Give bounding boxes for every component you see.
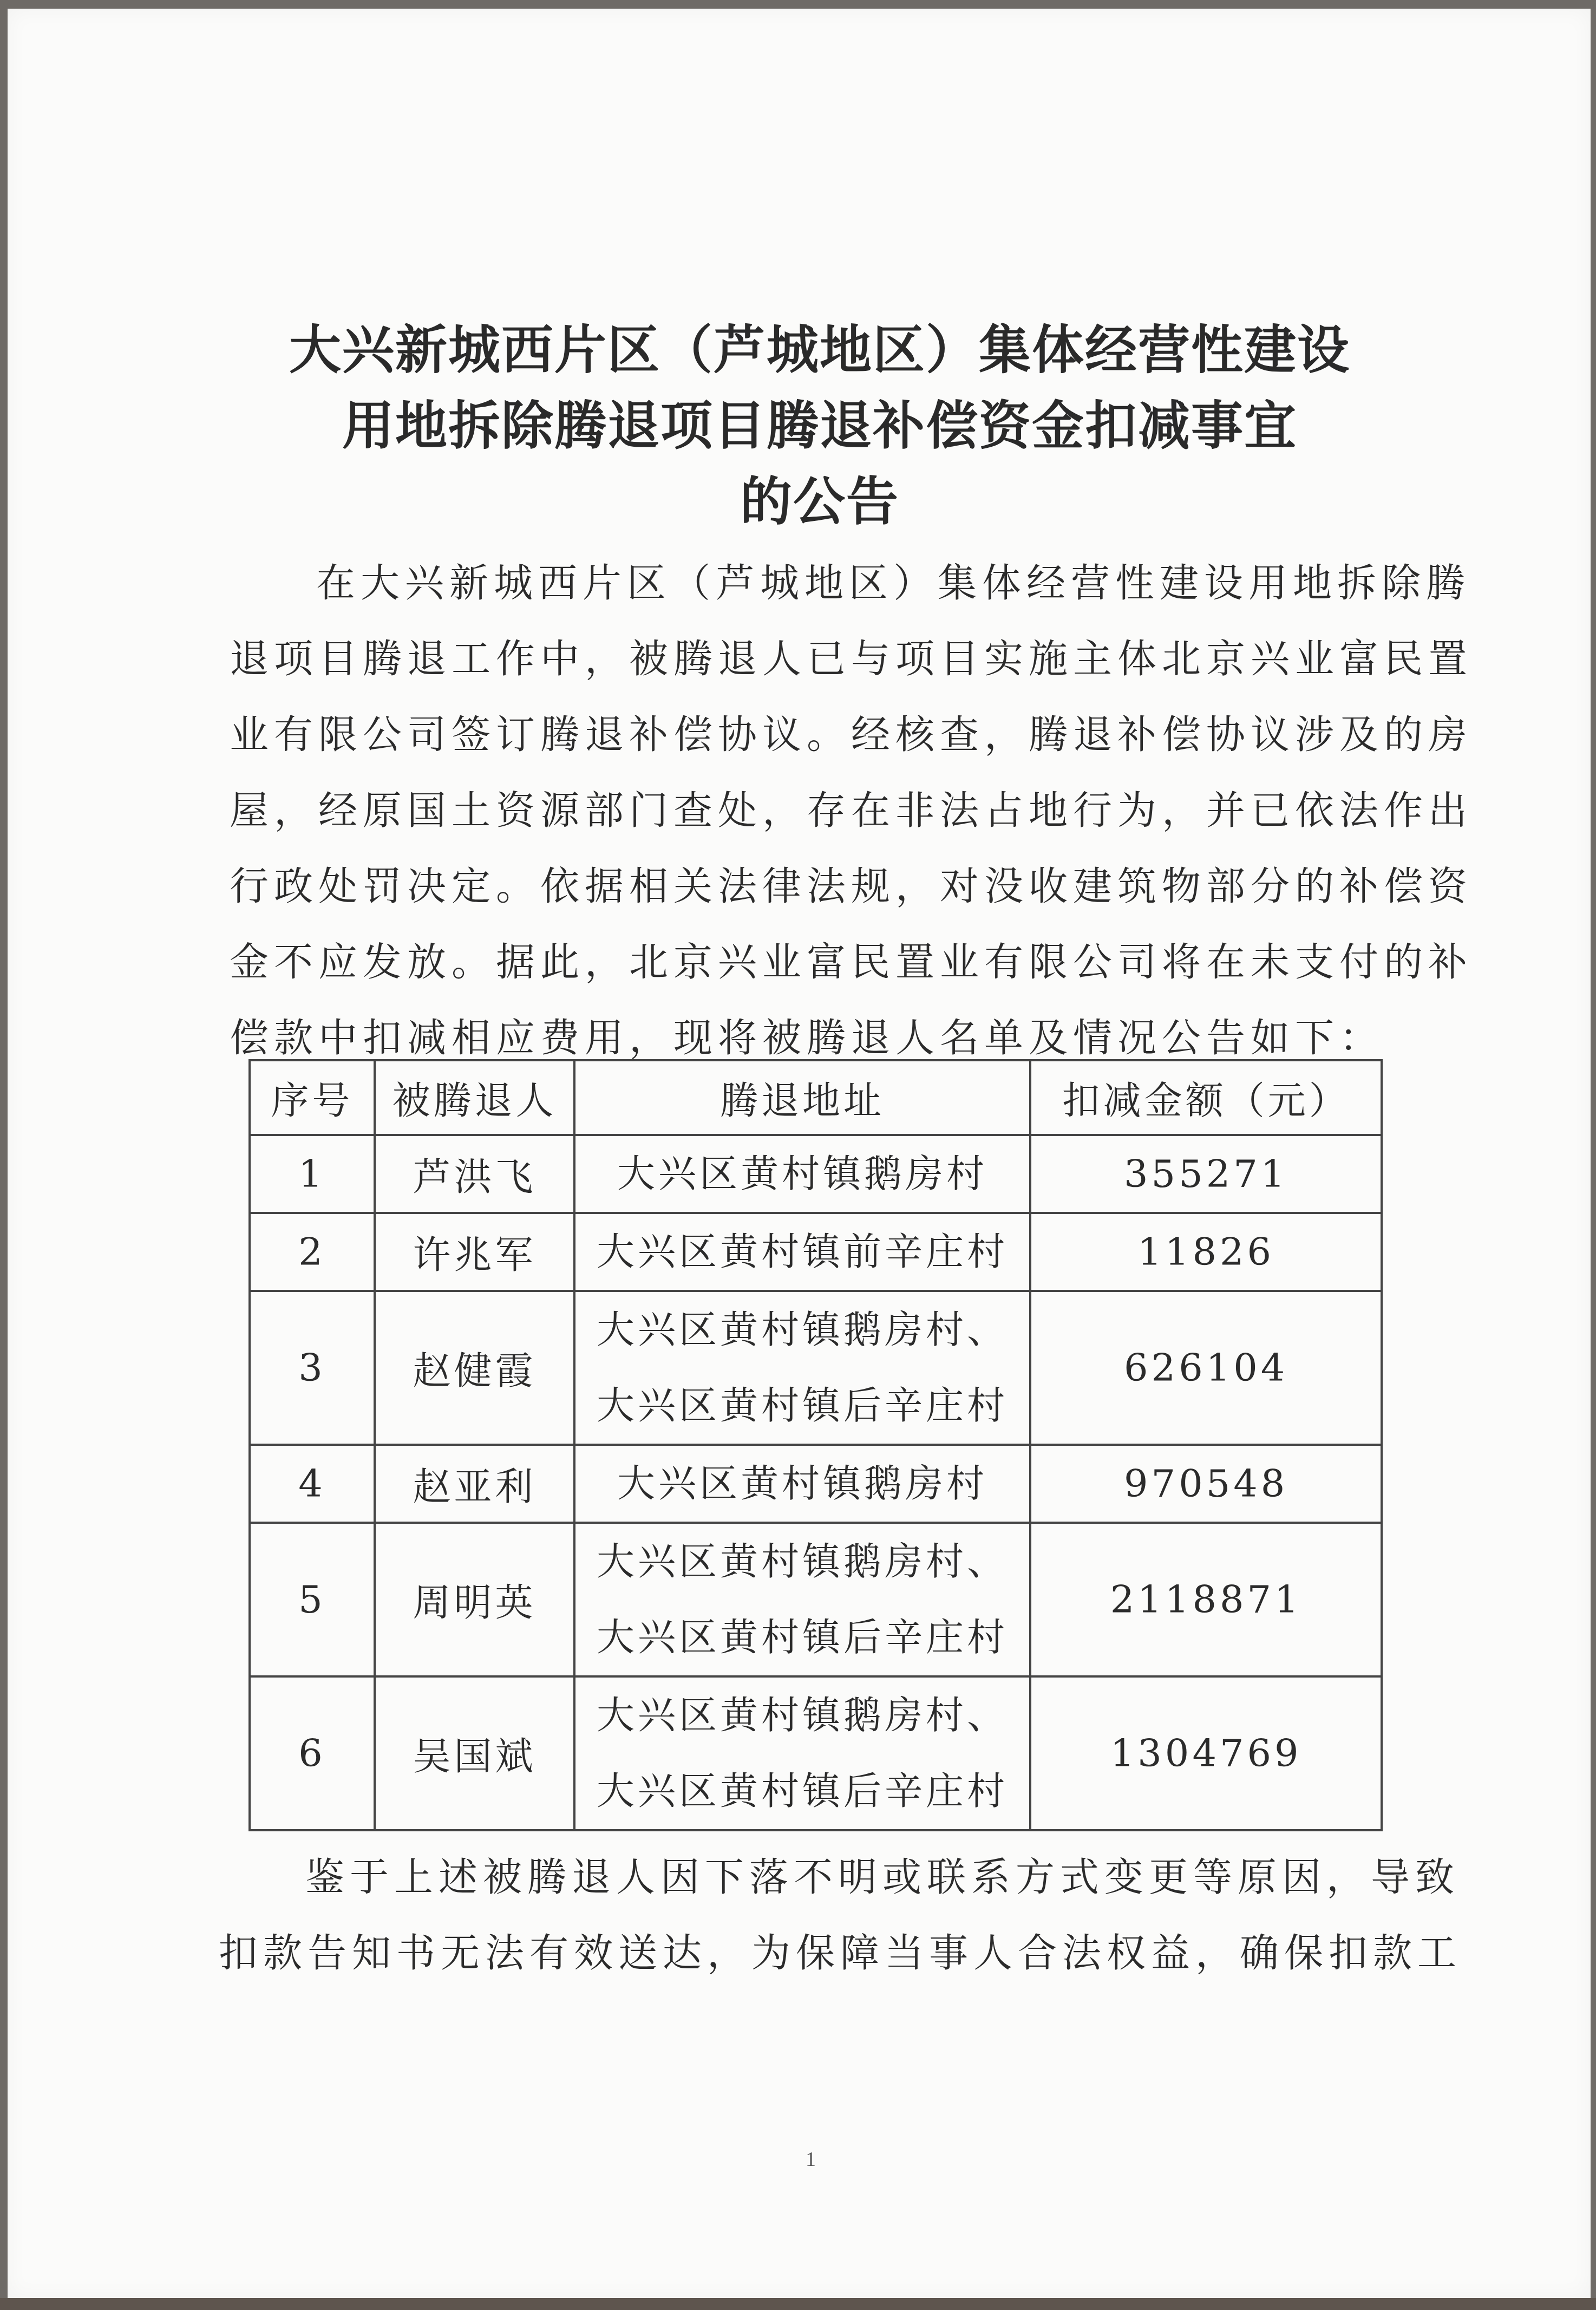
intro-line-3: 业有限公司签订腾退补偿协议。经核查，腾退补偿协议涉及的房: [230, 696, 1399, 772]
document-title: 大兴新城西片区（芦城地区）集体经营性建设 用地拆除腾退项目腾退补偿资金扣减事宜 …: [213, 312, 1426, 539]
address-line: 大兴区黄村镇鹅房村: [575, 1446, 1030, 1522]
intro-paragraph: 在大兴新城西片区（芦城地区）集体经营性建设用地拆除腾 退项目腾退工作中，被腾退人…: [230, 545, 1399, 1075]
cell-amount: 11826: [1030, 1213, 1382, 1291]
cell-address: 大兴区黄村镇鹅房村: [574, 1445, 1031, 1523]
cell-amount: 2118871: [1030, 1523, 1382, 1676]
document-page: 大兴新城西片区（芦城地区）集体经营性建设 用地拆除腾退项目腾退补偿资金扣减事宜 …: [8, 9, 1591, 2298]
intro-line-1: 在大兴新城西片区（芦城地区）集体经营性建设用地拆除腾: [230, 545, 1399, 621]
cell-name: 吴国斌: [375, 1676, 574, 1830]
cell-no: 4: [250, 1445, 375, 1523]
address-line: 大兴区黄村镇后辛庄村: [575, 1600, 1030, 1675]
address-line: 大兴区黄村镇前辛庄村: [575, 1214, 1030, 1290]
address-line: 大兴区黄村镇鹅房村: [575, 1136, 1030, 1212]
cell-address: 大兴区黄村镇鹅房村、 大兴区黄村镇后辛庄村: [574, 1523, 1031, 1676]
cell-name: 许兆军: [375, 1213, 574, 1291]
page-number: 1: [806, 2148, 816, 2171]
deduction-table: 序号 被腾退人 腾退地址 扣减金额（元） 1 芦洪飞 大兴区黄村镇鹅房村 355…: [248, 1059, 1383, 1831]
address-line: 大兴区黄村镇后辛庄村: [575, 1368, 1030, 1444]
cell-address: 大兴区黄村镇鹅房村、 大兴区黄村镇后辛庄村: [574, 1291, 1031, 1445]
closing-paragraph: 鉴于上述被腾退人因下落不明或联系方式变更等原因，导致 扣款告知书无法有效送达，为…: [219, 1839, 1410, 1991]
cell-address: 大兴区黄村镇前辛庄村: [574, 1213, 1031, 1291]
cell-name: 赵亚利: [375, 1445, 574, 1523]
header-amount: 扣减金额（元）: [1030, 1060, 1382, 1135]
title-line-3: 的公告: [213, 464, 1426, 539]
intro-line-6: 金不应发放。据此，北京兴业富民置业有限公司将在未支付的补: [230, 924, 1399, 1000]
table-row: 2 许兆军 大兴区黄村镇前辛庄村 11826: [250, 1213, 1382, 1291]
intro-line-2: 退项目腾退工作中，被腾退人已与项目实施主体北京兴业富民置: [230, 621, 1399, 696]
cell-amount: 626104: [1030, 1291, 1382, 1445]
header-address: 腾退地址: [574, 1060, 1031, 1135]
cell-name: 赵健霞: [375, 1291, 574, 1445]
header-person: 被腾退人: [375, 1060, 574, 1135]
cell-address: 大兴区黄村镇鹅房村、 大兴区黄村镇后辛庄村: [574, 1676, 1031, 1830]
table-header-row: 序号 被腾退人 腾退地址 扣减金额（元）: [250, 1060, 1382, 1135]
title-line-2: 用地拆除腾退项目腾退补偿资金扣减事宜: [213, 388, 1426, 464]
closing-line-2: 扣款告知书无法有效送达，为保障当事人合法权益，确保扣款工: [219, 1915, 1410, 1991]
intro-line-5: 行政处罚决定。依据相关法律法规，对没收建筑物部分的补偿资: [230, 848, 1399, 924]
scan-bottom-edge: [0, 2298, 1596, 2310]
address-line: 大兴区黄村镇鹅房村、: [575, 1678, 1030, 1753]
cell-no: 6: [250, 1676, 375, 1830]
cell-amount: 1304769: [1030, 1676, 1382, 1830]
cell-no: 1: [250, 1135, 375, 1213]
cell-amount: 355271: [1030, 1135, 1382, 1213]
table-row: 6 吴国斌 大兴区黄村镇鹅房村、 大兴区黄村镇后辛庄村 1304769: [250, 1676, 1382, 1830]
cell-address: 大兴区黄村镇鹅房村: [574, 1135, 1031, 1213]
closing-line-1: 鉴于上述被腾退人因下落不明或联系方式变更等原因，导致: [219, 1839, 1410, 1915]
header-serial-no: 序号: [250, 1060, 375, 1135]
cell-no: 2: [250, 1213, 375, 1291]
address-line: 大兴区黄村镇鹅房村、: [575, 1524, 1030, 1600]
cell-name: 芦洪飞: [375, 1135, 574, 1213]
cell-amount: 970548: [1030, 1445, 1382, 1523]
title-line-1: 大兴新城西片区（芦城地区）集体经营性建设: [213, 312, 1426, 388]
table-row: 3 赵健霞 大兴区黄村镇鹅房村、 大兴区黄村镇后辛庄村 626104: [250, 1291, 1382, 1445]
address-line: 大兴区黄村镇鹅房村、: [575, 1292, 1030, 1368]
table-row: 1 芦洪飞 大兴区黄村镇鹅房村 355271: [250, 1135, 1382, 1213]
address-line: 大兴区黄村镇后辛庄村: [575, 1753, 1030, 1829]
table-row: 4 赵亚利 大兴区黄村镇鹅房村 970548: [250, 1445, 1382, 1523]
table-row: 5 周明英 大兴区黄村镇鹅房村、 大兴区黄村镇后辛庄村 2118871: [250, 1523, 1382, 1676]
cell-name: 周明英: [375, 1523, 574, 1676]
cell-no: 5: [250, 1523, 375, 1676]
intro-line-4: 屋，经原国土资源部门查处，存在非法占地行为，并已依法作出: [230, 772, 1399, 848]
cell-no: 3: [250, 1291, 375, 1445]
